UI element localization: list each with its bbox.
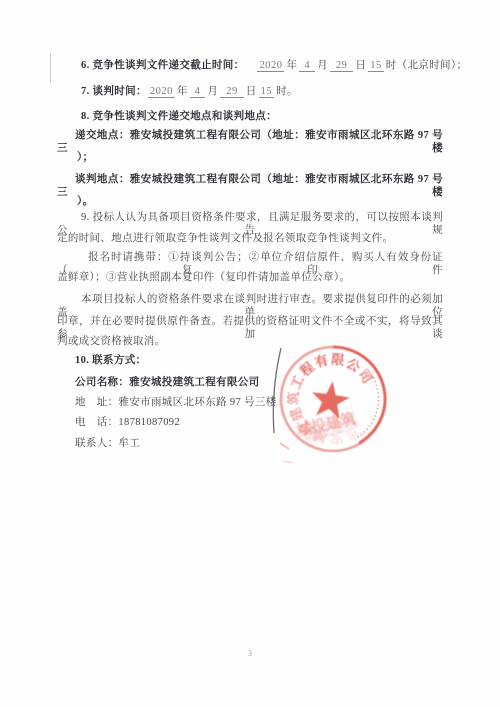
negotiation-hour-unit: 时。	[276, 86, 298, 97]
deadline-hour-value: 15	[368, 60, 384, 72]
deadline-label: 6. 竞争性谈判文件递交截止时间：	[81, 60, 244, 71]
negotiation-year-value: 2020	[148, 86, 175, 98]
negotiation-day-value: 29	[220, 86, 244, 98]
deadline-year-value: 2020	[257, 60, 284, 72]
contact-address-label: 地 址：	[75, 397, 118, 408]
contact-person-value: 牟工	[118, 438, 140, 449]
negotiation-year-unit: 年	[177, 86, 188, 97]
registration-note-line2: 盖鲜章）；③营业执照副本复印件（复印件请加盖单位公章）。	[57, 271, 443, 284]
seal-ring-char: 限	[330, 352, 345, 368]
negotiation-month-value: 4	[190, 86, 206, 98]
contact-phone-value: 18781087092	[118, 417, 180, 428]
contact-company-label: 公司名称：	[75, 377, 129, 388]
crease-mark	[273, 348, 281, 433]
negotiation-month-unit: 月	[207, 86, 218, 97]
scan-artifact-line	[50, 53, 51, 83]
seal-ring-char: 司	[355, 367, 375, 386]
company-seal-svg: 雅安城投建筑工程有限公司 城投建筑 城投建筑	[258, 325, 408, 475]
deadline-hour-unit: 时（北京时间）；	[386, 60, 468, 71]
deadline-year-unit: 年	[286, 60, 297, 71]
contact-address-value: 雅安市雨城区北环东路 97 号三楼	[118, 397, 276, 408]
clause9-line2: 定的时间、地点进行领取竞争性谈判文件及报名领取竞争性谈判文件。	[57, 232, 443, 245]
submit-location-line2: ）；	[57, 151, 443, 164]
seal-ink-tick-2	[283, 461, 293, 463]
locations-heading: 8. 竞争性谈判文件递交地点和谈判地点：	[57, 110, 443, 123]
contact-company-value: 雅安城投建筑工程有限公司	[129, 377, 259, 388]
negotiation-day-unit: 日	[246, 86, 257, 97]
company-seal: 雅安城投建筑工程有限公司 城投建筑 城投建筑	[258, 325, 408, 475]
page-number: 3	[240, 649, 260, 658]
deadline-day-unit: 日	[355, 60, 366, 71]
contact-phone-label: 电 话：	[75, 417, 118, 428]
seal-ring-char: 有	[313, 352, 330, 370]
deadline-month-unit: 月	[317, 60, 328, 71]
contact-person-label: 联系人：	[75, 438, 118, 449]
deadline-day-value: 29	[330, 60, 354, 72]
seal-ink-tick	[280, 443, 289, 449]
seal-ring-char: 筑	[286, 392, 301, 406]
negotiation-hour-value: 15	[259, 86, 275, 98]
deadline-line: 6. 竞争性谈判文件递交截止时间：2020年4月29日15时（北京时间）；	[57, 59, 443, 72]
negotiation-time-line: 7. 谈判时间：2020年4月29日15时。	[57, 85, 443, 98]
negotiate-location-line2: ）。	[57, 195, 443, 208]
deadline-month-value: 4	[299, 60, 315, 72]
document-page: 6. 竞争性谈判文件递交截止时间：2020年4月29日15时（北京时间）； 7.…	[0, 0, 500, 707]
negotiation-time-label: 7. 谈判时间：	[81, 86, 147, 97]
